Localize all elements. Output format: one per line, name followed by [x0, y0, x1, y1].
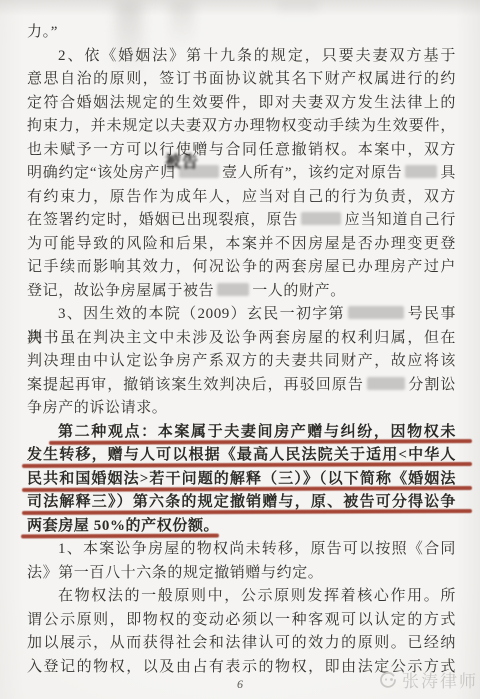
text-line: 在签署约定时，婚姻已出现裂痕，原告应当知道自己行	[27, 209, 456, 233]
text-run: 加以展示，从而获得社会和法律认可的效力的原则。已经纳	[27, 635, 456, 651]
redaction-blur	[348, 306, 404, 319]
text-line: 两套房屋 50%的产权份额。	[27, 515, 456, 539]
document-text: 力。”2、依《婚姻法》第十九条的规定，只要夫妻双方基于意思自治的原则，签订书面协…	[27, 21, 456, 679]
red-underline-mark	[21, 533, 219, 537]
text-line: 拘束力，并未规定以夫妻双方办理物权变动手续为生效要件，	[27, 115, 456, 139]
text-run: 明确约定“该处房产归	[27, 165, 176, 181]
text-line: 在物权法的一般原则中，公示原则发挥着核心作用。所	[27, 585, 456, 609]
text-line: 发生转移，赠与人可以根据《最高人民法院关于适用<中华人	[27, 444, 456, 468]
text-run: 一人的财产。	[252, 283, 346, 299]
text-run: 拘束力，并未规定以夫妻双方办理物权变动手续为生效要件，	[27, 118, 456, 134]
watermark-label: 张涛律师	[402, 667, 478, 692]
text-run: 壹人所有”，该约定对原告	[222, 165, 402, 181]
redaction-blur	[367, 377, 405, 390]
text-line: 法》第一百八十六条的规定撤销赠与约定。	[27, 562, 456, 586]
text-run: 为可能导致的风险和后果，本案并不因房屋是否办理变更登	[27, 236, 456, 252]
defendant-annotation-overlay: 被告	[165, 155, 199, 171]
text-line: 3、因生效的本院（2009）玄民一初字第号民事判	[27, 303, 456, 327]
text-run: 决书虽在判决主文中未涉及讼争两套房屋的权利归属，但在	[27, 330, 456, 346]
redaction-blur	[301, 212, 341, 225]
text-run: 发生转移，赠与人可以根据《最高人民法院关于适用<中华人	[27, 447, 456, 463]
text-line: 力。”	[27, 21, 456, 45]
text-line: 定符合婚姻法规定的生效要件，即对夫妻双方发生法律上的	[27, 92, 456, 116]
text-run: 在签署约定时，婚姻已出现裂痕，原告	[27, 212, 298, 228]
text-line: 决书虽在判决主文中未涉及讼争两套房屋的权利归属，但在	[27, 327, 456, 351]
text-line: 意思自治的原则，签订书面协议就其名下财产权属进行的约	[27, 68, 456, 92]
text-line: 登记，故讼争房屋属于被告一人的财产。	[27, 280, 456, 304]
text-line: 司法解释三》）第六条的规定撤销赠与，原、被告可分得讼争	[27, 491, 456, 515]
text-line: 判决理由中认定讼争房产系双方的夫妻共同财产，故应将该	[27, 350, 456, 374]
redaction-blur: 被告	[179, 165, 219, 178]
text-run: 登记，故讼争房屋属于被告	[27, 283, 214, 299]
text-run: 也未赋予一方可以行使赠与合同任意撤销权。本案中，双方	[27, 142, 456, 158]
text-line: 民共和国婚姻法>若干问题的解释（三）》（以下简称《婚姻法	[27, 468, 456, 492]
text-line: 也未赋予一方可以行使赠与合同任意撤销权。本案中，双方	[27, 139, 456, 163]
watermark: 张涛律师	[378, 667, 478, 692]
text-run: 应当知道自己行	[344, 212, 456, 228]
text-run: 2、依《婚姻法》第十九条的规定，只要夫妻双方基于	[58, 48, 456, 64]
text-run: 具	[440, 165, 456, 181]
document-photo: 力。”2、依《婚姻法》第十九条的规定，只要夫妻双方基于意思自治的原则，签订书面协…	[0, 0, 480, 699]
text-run: 第二种观点：本案属于夫妻间房产赠与纠纷，因物权未	[58, 424, 456, 440]
text-run: 谓公示原则，即物权的变动必须以一种客观可以认定的方式	[27, 612, 456, 628]
circle-logo-icon	[378, 670, 398, 690]
text-line: 案提起再审，撤销该案生效判决后，再驳回原告分割讼	[27, 374, 456, 398]
text-line: 2、依《婚姻法》第十九条的规定，只要夫妻双方基于	[27, 45, 456, 69]
text-run: 3、因生效的本院（2009）玄民一初字第	[58, 306, 345, 322]
text-line: 1、本案讼争房屋的物权尚未转移，原告可以按照《合同	[27, 538, 456, 562]
text-run: 在物权法的一般原则中，公示原则发挥着核心作用。所	[58, 588, 456, 604]
text-line: 记手续而影响其效力，何况讼争的两套房屋已办理房产过户	[27, 256, 456, 280]
redaction-blur	[217, 283, 249, 296]
text-run: 力。”	[27, 24, 58, 40]
text-line: 有约束力，原告作为成年人，应当对自己的行为负责，双方	[27, 186, 456, 210]
redaction-blur	[405, 165, 437, 178]
text-run: 有约束力，原告作为成年人，应当对自己的行为负责，双方	[27, 189, 456, 205]
text-run: 记手续而影响其效力，何况讼争的两套房屋已办理房产过户	[27, 259, 456, 275]
text-run: 司法解释三》）第六条的规定撤销赠与，原、被告可分得讼争	[27, 494, 456, 510]
text-run: 争房产的诉讼请求。	[27, 400, 167, 416]
paper-fold-shadow	[278, 0, 318, 16]
text-line: 为可能导致的风险和后果，本案并不因房屋是否办理变更登	[27, 233, 456, 257]
text-run: 1、本案讼争房屋的物权尚未转移，原告可以按照《合同	[58, 541, 456, 557]
text-run: 案提起再审，撤销该案生效判决后，再驳回原告	[27, 377, 364, 393]
text-line: 争房产的诉讼请求。	[27, 397, 456, 421]
text-run: 定符合婚姻法规定的生效要件，即对夫妻双方发生法律上的	[27, 95, 456, 111]
text-run: 分割讼	[408, 377, 456, 393]
text-line: 加以展示，从而获得社会和法律认可的效力的原则。已经纳	[27, 632, 456, 656]
text-run: 民共和国婚姻法>若干问题的解释（三）》（以下简称《婚姻法	[27, 471, 456, 487]
text-run: 判决理由中认定讼争房产系双方的夫妻共同财产，故应将该	[27, 353, 456, 369]
text-line: 明确约定“该处房产归被告壹人所有”，该约定对原告具	[27, 162, 456, 186]
text-run: 法》第一百八十六条的规定撤销赠与约定。	[27, 565, 323, 581]
text-run: 两套房屋 50%的产权份额。	[27, 518, 219, 534]
text-line: 第二种观点：本案属于夫妻间房产赠与纠纷，因物权未	[27, 421, 456, 445]
text-line: 谓公示原则，即物权的变动必须以一种客观可以认定的方式	[27, 609, 456, 633]
text-run: 意思自治的原则，签订书面协议就其名下财产权属进行的约	[27, 71, 456, 87]
